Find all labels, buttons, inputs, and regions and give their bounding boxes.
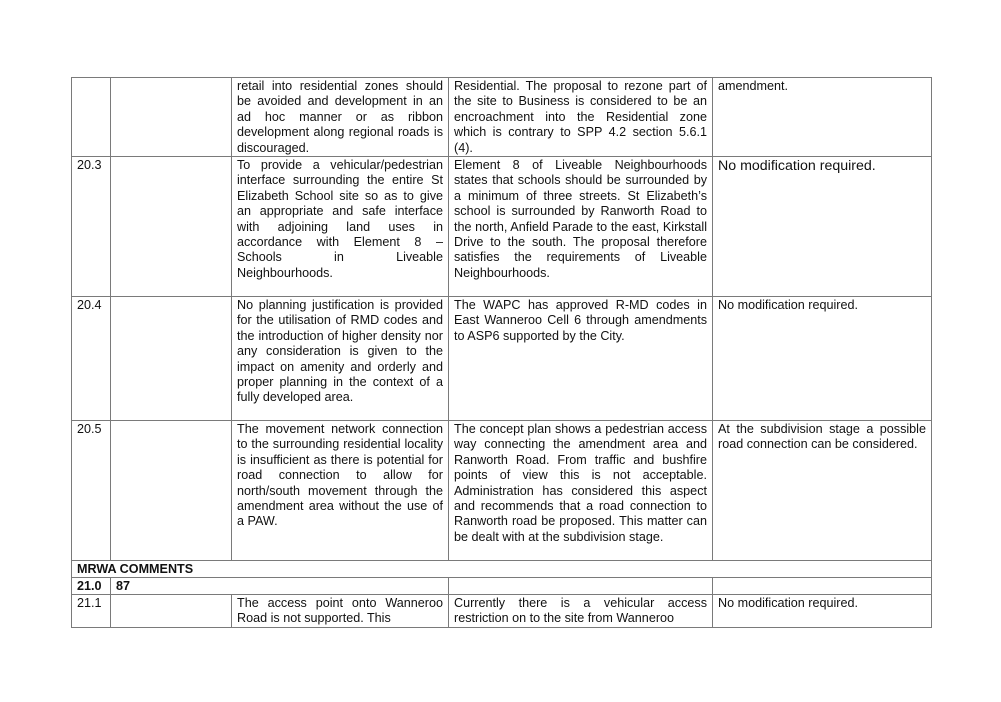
submission-cell: [111, 157, 232, 297]
table-row: 20.5 The movement network connection to …: [72, 421, 932, 561]
submission-cell: [111, 595, 232, 628]
ref-cell: 20.5: [72, 421, 111, 561]
ref-cell: 21.0: [72, 578, 111, 595]
table-row: 20.3 To provide a vehicular/pedestrian i…: [72, 157, 932, 297]
section-heading-row: MRWA COMMENTS: [72, 561, 932, 578]
recommendation-cell: No modification required.: [713, 157, 932, 297]
ref-cell: [72, 78, 111, 157]
ref-cell: 20.4: [72, 297, 111, 421]
issue-cell: The movement network connection to the s…: [232, 421, 449, 561]
comment-cell: The concept plan shows a pedestrian acce…: [449, 421, 713, 561]
section-row: 21.0 87: [72, 578, 932, 595]
issue-cell: The access point onto Wanneroo Road is n…: [232, 595, 449, 628]
submission-cell: [111, 78, 232, 157]
submission-cell: 87: [111, 578, 449, 595]
comment-cell: Residential. The proposal to rezone part…: [449, 78, 713, 157]
recommendation-cell: amendment.: [713, 78, 932, 157]
submissions-table: retail into residential zones should be …: [71, 77, 932, 628]
comment-cell: Currently there is a vehicular access re…: [449, 595, 713, 628]
issue-cell: No planning justification is provided fo…: [232, 297, 449, 421]
table-row: 21.1 The access point onto Wanneroo Road…: [72, 595, 932, 628]
ref-cell: 20.3: [72, 157, 111, 297]
table-row: retail into residential zones should be …: [72, 78, 932, 157]
recommendation-cell: At the subdivision stage a possible road…: [713, 421, 932, 561]
submission-cell: [111, 421, 232, 561]
recommendation-cell: [713, 578, 932, 595]
comment-cell: Element 8 of Liveable Neighbourhoods sta…: [449, 157, 713, 297]
recommendation-cell: No modification required.: [713, 595, 932, 628]
comment-cell: The WAPC has approved R-MD codes in East…: [449, 297, 713, 421]
issue-cell: To provide a vehicular/pedestrian interf…: [232, 157, 449, 297]
comment-cell: [449, 578, 713, 595]
table-row: 20.4 No planning justification is provid…: [72, 297, 932, 421]
section-heading: MRWA COMMENTS: [72, 561, 932, 578]
ref-cell: 21.1: [72, 595, 111, 628]
recommendation-cell: No modification required.: [713, 297, 932, 421]
submission-cell: [111, 297, 232, 421]
issue-cell: retail into residential zones should be …: [232, 78, 449, 157]
